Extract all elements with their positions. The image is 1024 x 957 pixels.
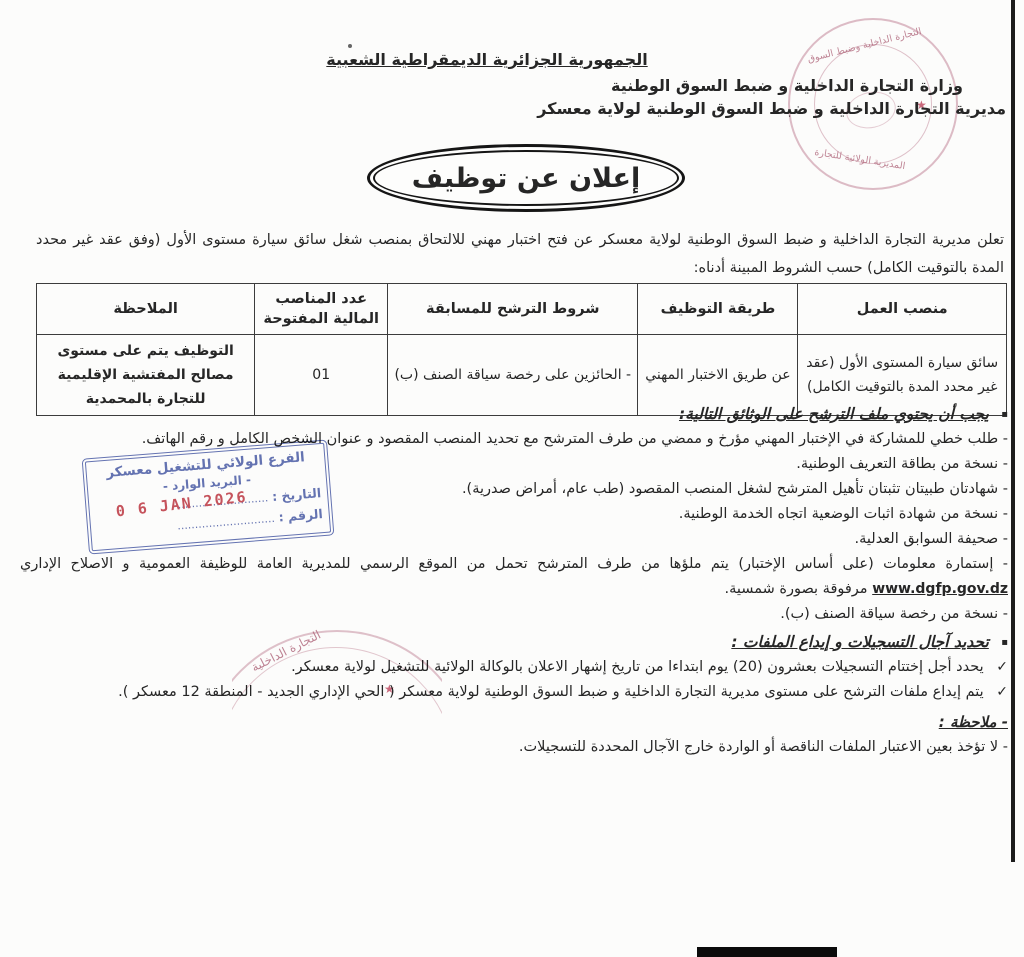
square-bullet-icon: ▪ bbox=[1001, 402, 1008, 427]
reception-stamp: الفرع الولائي للتشغيل معسكر - البريد الو… bbox=[85, 443, 331, 552]
square-bullet-icon: ▪ bbox=[1001, 630, 1008, 655]
ministry-title: وزارة التجارة الداخلية و ضبط السوق الوطن… bbox=[611, 76, 963, 95]
check-item-text: يتم إيداع ملفات الترشح على مستوى مديرية … bbox=[118, 684, 984, 700]
note-item: - لا تؤخذ بعين الاعتبار الملفات الناقصة … bbox=[20, 735, 1008, 760]
form-item-tail: مرفوقة بصورة شمسية. bbox=[725, 581, 868, 597]
documents-heading-text: يجب أن يحتوي ملف الترشح على الوثائق التا… bbox=[679, 405, 989, 423]
note-section-heading: - ملاحظة : bbox=[20, 709, 1008, 735]
note-heading-text: - ملاحظة : bbox=[939, 713, 1008, 731]
documents-section-heading: ▪ يجب أن يحتوي ملف الترشح على الوثائق ال… bbox=[20, 402, 1008, 427]
date-label: التاريخ : bbox=[272, 485, 322, 504]
list-item: - طلب خطي للمشاركة في الإختبار المهني مؤ… bbox=[20, 427, 1008, 452]
intro-paragraph: تعلن مديرية التجارة الداخلية و ضبط السوق… bbox=[36, 226, 1004, 282]
checkmark-icon: ✓ bbox=[996, 655, 1008, 680]
number-label: الرقم : bbox=[278, 506, 323, 524]
republic-title: الجمهورية الجزائرية الديمقراطية الشعبية bbox=[326, 50, 647, 69]
header-position: منصب العمل bbox=[798, 284, 1007, 335]
dgfp-url: www.dgfp.gov.dz bbox=[872, 581, 1008, 597]
announcement-title-oval: إعلان عن توظيف bbox=[367, 144, 685, 212]
check-item-text: يحدد أجل إختتام التسجيلات بعشرون (20) يو… bbox=[291, 659, 984, 675]
header-method: طريقة التوظيف bbox=[638, 284, 798, 335]
deadlines-heading-text: تحديد آجال التسجيلات و إيداع الملفات : bbox=[731, 633, 988, 651]
deadlines-section-heading: ▪ تحديد آجال التسجيلات و إيداع الملفات : bbox=[20, 630, 1008, 655]
check-item: ✓ يتم إيداع ملفات الترشح على مستوى مديري… bbox=[20, 680, 1008, 705]
check-item: ✓ يحدد أجل إختتام التسجيلات بعشرون (20) … bbox=[20, 655, 1008, 680]
header-open-posts: عدد المناصب المالية المفتوحة bbox=[255, 284, 388, 335]
scan-speck bbox=[348, 44, 352, 48]
table-header-row: منصب العمل طريقة التوظيف شروط الترشح للم… bbox=[37, 284, 1007, 335]
number-dots: ............................ bbox=[177, 512, 276, 533]
announcement-title: إعلان عن توظيف bbox=[412, 163, 640, 194]
scan-bottom-bar bbox=[697, 947, 837, 957]
header-note: الملاحظة bbox=[37, 284, 255, 335]
scan-edge-line bbox=[1011, 0, 1015, 862]
list-item: - نسخة من رخصة سياقة الصنف (ب). bbox=[20, 602, 1008, 627]
announcement-title-inner-border: إعلان عن توظيف bbox=[373, 150, 679, 206]
list-item-form: - إستمارة معلومات (على أساس الإختبار) يت… bbox=[20, 552, 1008, 602]
header-conditions: شروط الترشح للمسابقة bbox=[388, 284, 638, 335]
form-item-text: - إستمارة معلومات (على أساس الإختبار) يت… bbox=[20, 556, 1008, 572]
directorate-title: مديرية التجارة الداخلية و ضبط السوق الوط… bbox=[537, 99, 1006, 118]
vacancy-table: منصب العمل طريقة التوظيف شروط الترشح للم… bbox=[36, 283, 1007, 416]
checkmark-icon: ✓ bbox=[996, 680, 1008, 705]
scanned-job-announcement-page: الجمهورية الجزائرية الديمقراطية الشعبية … bbox=[0, 0, 1024, 957]
